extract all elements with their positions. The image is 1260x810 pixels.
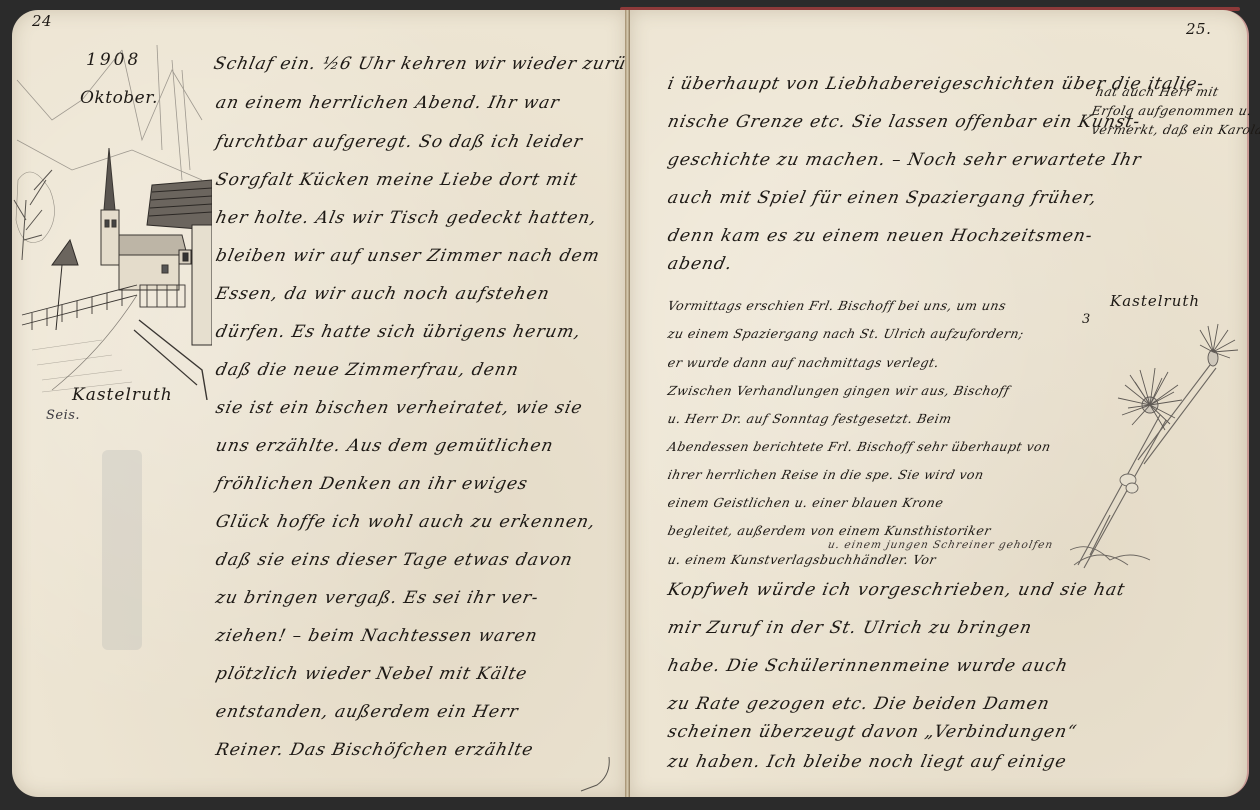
- text-line: begleitet, außerdem von einem Kunsthisto…: [666, 523, 992, 538]
- text-line: u. einem Kunstverlagsbuchhändler. Vor: [666, 552, 937, 567]
- text-line: i überhaupt von Liebhabereigeschichten ü…: [666, 74, 1206, 94]
- right-page: 25. hat auch Herr mit Erfolg aufgenommen…: [630, 10, 1249, 797]
- text-line: er wurde dann auf nachmittags verlegt.: [666, 355, 940, 370]
- text-line: an einem herrlichen Abend. Ihr war: [214, 93, 562, 113]
- text-line: Glück hoffe ich wohl auch zu erkennen,: [214, 512, 598, 532]
- text-line: u. Herr Dr. auf Sonntag festgesetzt. Bei…: [666, 411, 953, 426]
- text-line: nische Grenze etc. Sie lassen offenbar e…: [666, 112, 1142, 132]
- text-line: zu bringen vergaß. Es sei ihr ver-: [214, 588, 541, 608]
- diary-spread: 24 1908 Oktober.: [0, 0, 1260, 810]
- text-line: ihrer herrlichen Reise in die spe. Sie w…: [666, 467, 985, 482]
- page-number-right: 25.: [1186, 20, 1211, 38]
- text-line: daß die neue Zimmerfrau, denn: [214, 360, 521, 380]
- village-church-sketch: [12, 30, 212, 400]
- text-line: Schlaf ein. ½6 Uhr kehren wir wieder zur…: [212, 54, 650, 74]
- text-line: Zwischen Verhandlungen gingen wir aus, B…: [666, 383, 1011, 398]
- interlinear-insert: u. einem jungen Schreiner geholfen: [827, 539, 1055, 551]
- text-line: zu haben. Ich bleibe noch liegt auf eini…: [666, 752, 1069, 772]
- text-line: auch mit Spiel für einen Spaziergang frü…: [666, 188, 1099, 208]
- text-line: geschichte zu machen. – Noch sehr erwart…: [666, 150, 1144, 170]
- text-line: ziehen! – beim Nachtessen waren: [214, 626, 540, 646]
- text-line: denn kam es zu einem neuen Hochzeitsmen-: [666, 226, 1095, 246]
- text-line: dürfen. Es hatte sich übrigens herum,: [214, 322, 583, 342]
- text-line: scheinen überzeugt davon „Verbindungen“: [666, 722, 1079, 742]
- bleed-through-shape: [102, 450, 142, 650]
- cornflower-sketch: [1070, 320, 1250, 580]
- text-line: einem Geistlichen u. einer blauen Krone: [666, 495, 945, 510]
- flower-caption-kastelruth: Kastelruth: [1110, 292, 1200, 310]
- text-line: Vormittags erschien Frl. Bischoff bei un…: [666, 298, 1007, 313]
- text-line: furchtbar aufgeregt. So daß ich leider: [214, 132, 585, 152]
- text-line: Reiner. Das Bischöfchen erzählte: [214, 740, 536, 760]
- text-line: uns erzählte. Aus dem gemütlichen: [214, 436, 556, 456]
- text-line: sie ist ein bischen verheiratet, wie sie: [214, 398, 585, 418]
- text-line: plötzlich wieder Nebel mit Kälte: [214, 664, 530, 684]
- sketch-caption-kastelruth: Kastelruth: [72, 385, 173, 405]
- text-line: daß sie eins dieser Tage etwas davon: [214, 550, 575, 570]
- text-line: mir Zuruf in der St. Ulrich zu bringen: [666, 618, 1034, 638]
- text-line: Abendessen berichtete Frl. Bischoff sehr…: [666, 439, 1052, 454]
- text-line: habe. Die Schülerinnenmeine wurde auch: [666, 656, 1070, 676]
- text-line: her holte. Als wir Tisch gedeckt hatten,: [214, 208, 599, 228]
- page-number-left: 24: [32, 12, 52, 30]
- text-line: fröhlichen Denken an ihr ewiges: [214, 474, 530, 494]
- text-line: zu einem Spaziergang nach St. Ulrich auf…: [666, 326, 1025, 341]
- text-line: zu Rate gezogen etc. Die beiden Damen: [666, 694, 1052, 714]
- text-line: Sorgfalt Kücken meine Liebe dort mit: [214, 170, 580, 190]
- text-line: entstanden, außerdem ein Herr: [214, 702, 521, 722]
- sketch-caption-seis: Seis.: [46, 408, 80, 423]
- text-line: abend.: [666, 254, 735, 274]
- text-line: bleiben wir auf unser Zimmer nach dem: [214, 246, 602, 266]
- left-page: 24 1908 Oktober.: [12, 10, 626, 797]
- text-line: Kopfweh würde ich vorgeschrieben, und si…: [666, 580, 1127, 600]
- text-line: Essen, da wir auch noch aufstehen: [214, 284, 552, 304]
- pencil-mark: [577, 755, 617, 795]
